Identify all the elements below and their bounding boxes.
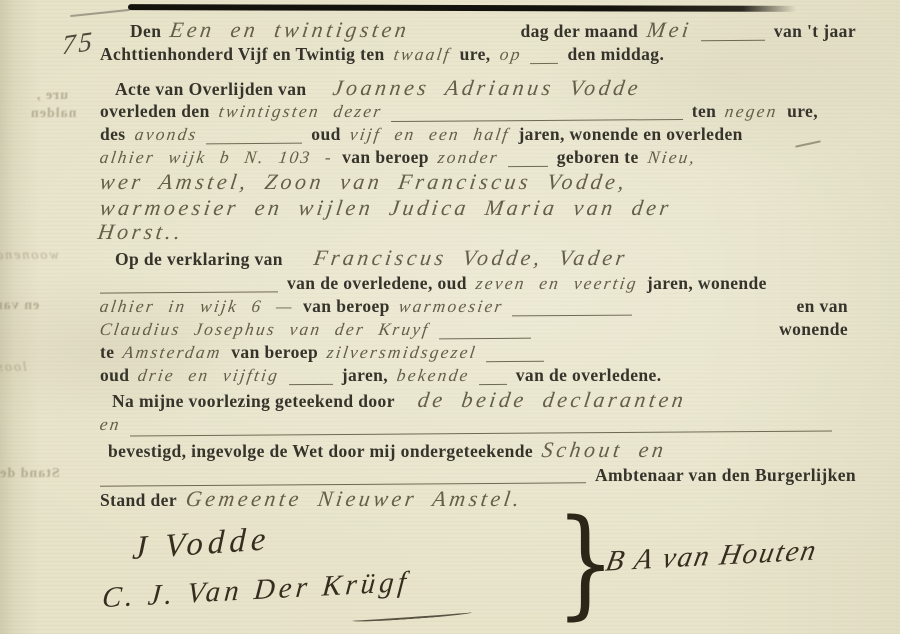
printed-text: wonende bbox=[779, 319, 848, 339]
act-line-address-occupation: alhier wijk b N. 103 - van beroep zonder… bbox=[100, 147, 860, 167]
handwritten-text: op bbox=[498, 44, 523, 64]
handwritten-declarant2-age: drie en vijftig bbox=[137, 365, 281, 385]
printed-text: ten bbox=[692, 101, 717, 121]
handwritten-text: wer Amstel, Zoon van Franciscus Vodde, bbox=[99, 172, 629, 192]
act-line-parents: Horst.. bbox=[98, 222, 298, 242]
ink-dash bbox=[206, 133, 302, 144]
act-line-official-title: Ambtenaar van den Burgerlijken bbox=[100, 465, 856, 485]
signature-declarant2: C. J. Van Der Krügf bbox=[101, 566, 411, 615]
act-line-parents: warmoesier en wijlen Judica Maria van de… bbox=[100, 198, 790, 218]
ink-dash bbox=[530, 53, 558, 64]
handwritten-text: warmoesier en wijlen Judica Maria van de… bbox=[99, 198, 673, 218]
act-line-filler: en bbox=[100, 414, 832, 434]
handwritten-municipality: Gemeente Nieuwer Amstel. bbox=[185, 489, 524, 509]
handwritten-hour: twaalf bbox=[392, 44, 452, 64]
printed-text: overleden den bbox=[100, 101, 210, 121]
scanned-page-background: 75 ure , nalden woonende en van loos. St… bbox=[0, 0, 900, 634]
printed-text: Op de verklaring van bbox=[115, 249, 283, 269]
act-line-age: des avonds oud vijf en een half jaren, w… bbox=[100, 124, 856, 144]
ink-dash bbox=[512, 305, 632, 316]
ink-dash bbox=[100, 282, 278, 294]
handwritten-relation: bekende bbox=[396, 365, 472, 385]
act-line-declarant2-age: oud drie en vijftig jaren, bekende van d… bbox=[100, 365, 848, 385]
act-line-declarant2: Claudius Josephus van der Kruyf wonende bbox=[100, 319, 848, 339]
record-number: 75 bbox=[62, 25, 96, 61]
act-line-death-day: overleden den twintigsten dezer ten nege… bbox=[100, 101, 818, 121]
page-top-rule-fragment bbox=[70, 9, 130, 17]
ink-dash bbox=[289, 374, 333, 385]
act-line-declarant1-occupation: alhier in wijk 6 — van beroep warmoesier… bbox=[100, 296, 848, 316]
handwritten-text: en bbox=[99, 414, 123, 434]
handwritten-declarant1-name: Franciscus Vodde, Vader bbox=[313, 248, 817, 268]
handwritten-deceased-name: Joannes Adrianus Vodde bbox=[332, 78, 816, 98]
handwritten-date-day: Een en twintigsten bbox=[169, 20, 513, 40]
handwritten-daypart: avonds bbox=[133, 124, 199, 144]
ink-dash bbox=[508, 156, 548, 167]
act-line-declarant2-occupation: te Amsterdam van beroep zilversmidsgezel bbox=[100, 342, 800, 362]
printed-text: Acte van Overlijden van bbox=[115, 79, 306, 99]
printed-text: Den bbox=[130, 21, 161, 41]
printed-text: geboren te bbox=[557, 147, 639, 167]
handwritten-age: vijf en een half bbox=[348, 124, 511, 144]
bleedthrough-fragment: Stand der bbox=[0, 466, 60, 482]
handwritten-declarant2-residence: Amsterdam bbox=[122, 342, 224, 362]
printed-text: en van bbox=[796, 296, 848, 316]
printed-text: ure, bbox=[787, 101, 818, 121]
handwritten-birthplace: Nieu, bbox=[646, 147, 697, 167]
printed-text: van 't jaar bbox=[774, 21, 856, 41]
printed-text: van beroep bbox=[342, 147, 429, 167]
printed-text: oud bbox=[100, 365, 129, 385]
printed-text: jaren, wonende bbox=[647, 273, 767, 293]
bleedthrough-fragment: woonende bbox=[0, 248, 59, 264]
printed-text: oud bbox=[311, 124, 340, 144]
act-line-deceased-name: Acte van Overlijden van Joannes Adrianus… bbox=[115, 78, 815, 99]
page-top-rule bbox=[128, 4, 796, 12]
ink-dash bbox=[479, 374, 507, 385]
act-line-year-time: Achttienhonderd Vijf en Twintig ten twaa… bbox=[100, 44, 780, 64]
printed-text: Na mijne voorlezing geteekend door bbox=[112, 391, 395, 411]
printed-text: Ambtenaar van den Burgerlijken bbox=[595, 465, 856, 485]
bleedthrough-fragment: en van bbox=[0, 298, 39, 314]
handwritten-declarant1-address: alhier in wijk 6 — bbox=[99, 296, 296, 316]
handwritten-signers: de beide declaranten bbox=[416, 390, 687, 410]
printed-text: ure, bbox=[460, 44, 491, 64]
printed-text: te bbox=[100, 342, 114, 362]
handwritten-address: alhier wijk b N. 103 - bbox=[99, 147, 335, 167]
handwritten-official-title: Schout en bbox=[541, 440, 668, 460]
signature-declarant1: J Vodde bbox=[132, 521, 272, 568]
bleedthrough-fragment: ure , bbox=[36, 88, 68, 104]
printed-text: Stand der bbox=[100, 490, 177, 510]
ink-dash bbox=[701, 30, 765, 41]
printed-text: bevestigd, ingevolge de Wet door mij ond… bbox=[108, 441, 533, 461]
handwritten-death-hour: negen bbox=[724, 101, 780, 121]
printed-text: van beroep bbox=[231, 342, 318, 362]
ink-rule bbox=[100, 473, 586, 487]
printed-text: van de overledene. bbox=[516, 365, 662, 385]
handwritten-declarant1-occupation: warmoesier bbox=[397, 296, 504, 316]
signature-official: B A van Houten bbox=[603, 534, 821, 578]
printed-text: jaren, bbox=[342, 365, 388, 385]
ink-dash bbox=[391, 109, 683, 122]
printed-text: den middag. bbox=[567, 44, 664, 64]
bleedthrough-fragment: nalden bbox=[30, 106, 76, 122]
act-line-date: Den Een en twintigsten dag der maand Mei… bbox=[130, 20, 856, 41]
ink-rule bbox=[130, 421, 832, 437]
handwritten-declarant2-occupation: zilversmidsgezel bbox=[326, 342, 479, 362]
ink-dash bbox=[486, 351, 544, 362]
printed-text: des bbox=[100, 124, 126, 144]
ink-dash bbox=[438, 328, 530, 339]
printed-text: van de overledene, oud bbox=[287, 273, 467, 293]
act-line-declarant1-details: van de overledene, oud zeven en veertig … bbox=[100, 273, 856, 293]
printed-text: dag der maand bbox=[520, 21, 638, 41]
handwritten-mother-surname: Horst.. bbox=[97, 222, 185, 242]
act-line-reading: Na mijne voorlezing geteekend door de be… bbox=[112, 390, 832, 411]
bleedthrough-fragment: loos. bbox=[0, 360, 27, 376]
act-line-confirmation: bevestigd, ingevolge de Wet door mij ond… bbox=[108, 440, 808, 461]
act-line-parents: wer Amstel, Zoon van Franciscus Vodde, bbox=[100, 172, 800, 192]
handwritten-death-day: twintigsten dezer bbox=[217, 101, 383, 121]
printed-text: van beroep bbox=[303, 296, 390, 316]
handwritten-declarant1-age: zeven en veertig bbox=[475, 273, 640, 293]
printed-text: Achttienhonderd Vijf en Twintig ten bbox=[100, 44, 385, 64]
handwritten-month: Mei bbox=[646, 20, 694, 40]
signature-flourish bbox=[352, 610, 472, 623]
handwritten-occupation: zonder bbox=[437, 147, 501, 167]
act-line-declarant1: Op de verklaring van Franciscus Vodde, V… bbox=[115, 248, 815, 269]
printed-text: jaren, wonende en overleden bbox=[518, 124, 742, 144]
handwritten-declarant2-name: Claudius Josephus van der Kruyf bbox=[99, 319, 431, 339]
